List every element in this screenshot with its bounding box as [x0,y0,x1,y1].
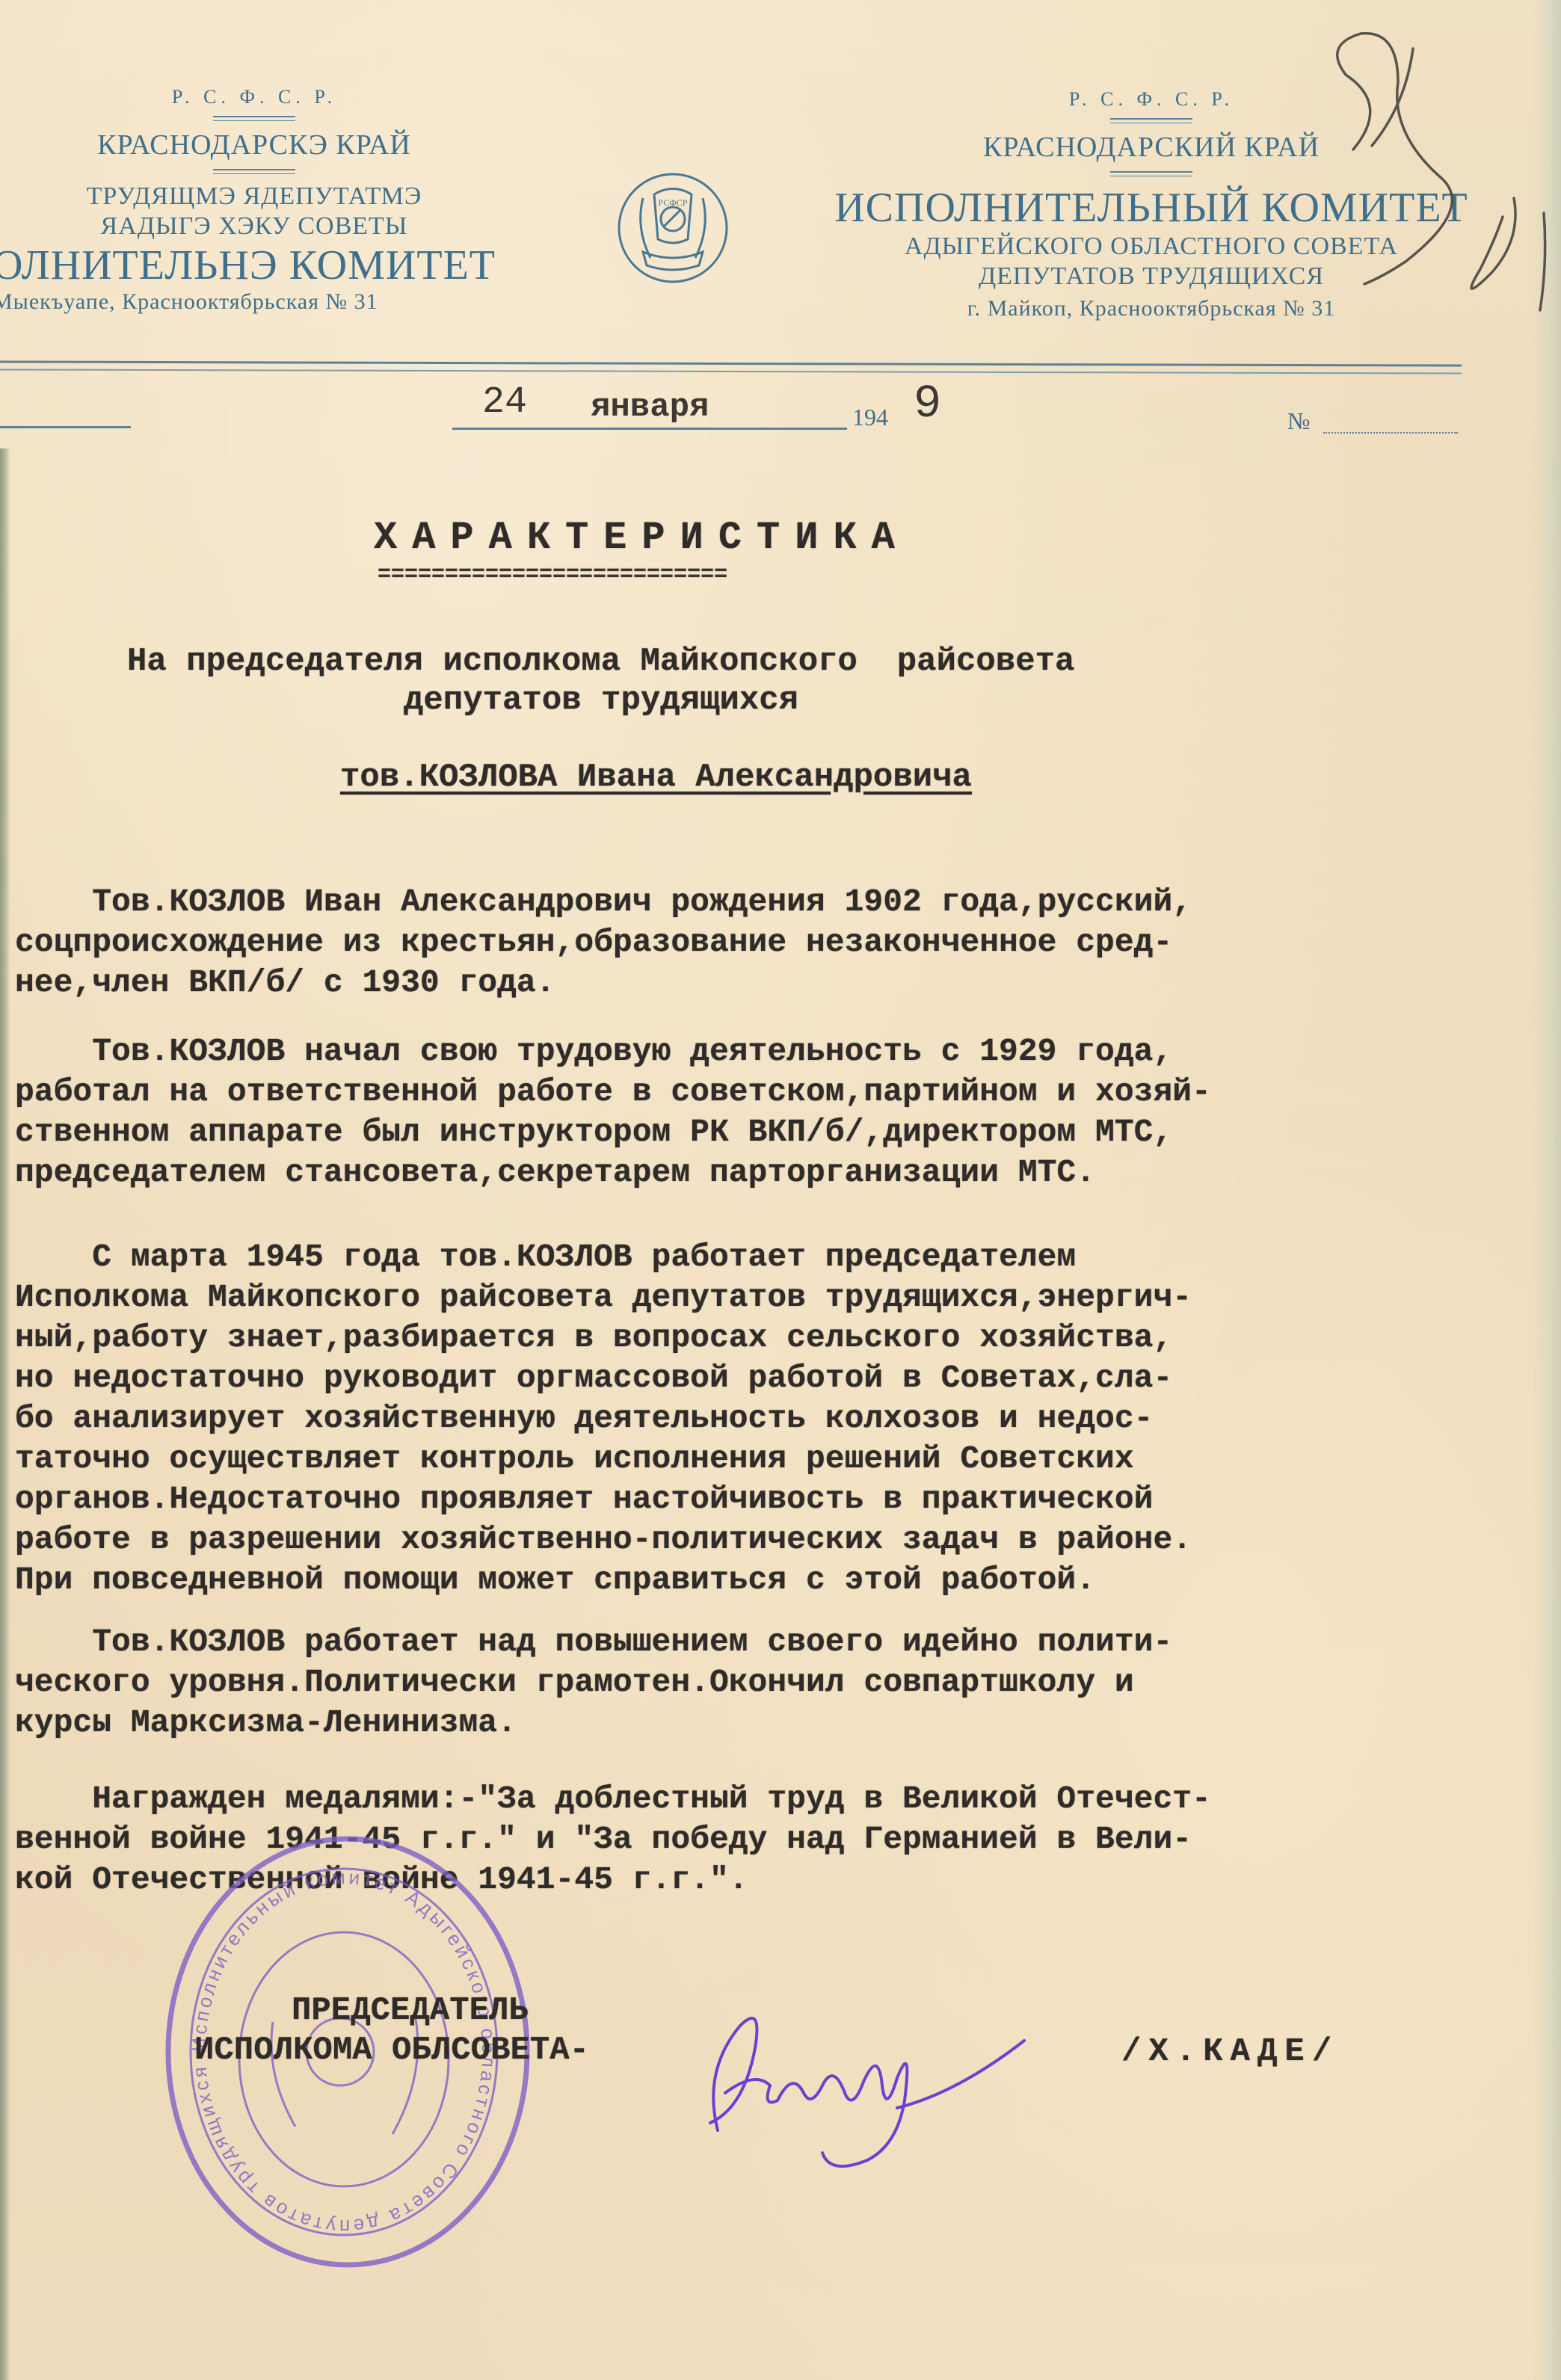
letterhead-left-committee: ОЛНИТЕЛЬНЭ КОМИТЕТ [0,241,523,289]
divider [213,116,295,121]
title-underline-rule: ========================== [378,562,727,588]
svg-text:8: 8 [1331,15,1331,16]
divider [1110,171,1192,176]
letterhead-left-region: КРАСНОДАРСКЭ КРАЙ [0,129,523,161]
date-underline [452,428,847,430]
letterhead-left-line2: ЯАДЫГЭ ХЭКУ СОВЕТЫ [0,212,523,241]
text-line: С марта 1945 года тов.КОЗЛОВ работает пр… [15,1237,1510,1277]
letterhead-left-country: Р. С. Ф. С. Р. [0,86,523,108]
date-underline-left [0,426,131,428]
signature-title-line-2: ИСПОЛКОМА ОБЛСОВЕТА- [194,2032,589,2069]
handwritten-signature-icon [673,1981,1092,2190]
letterhead-left-address: Мыекъуапе, Краснооктябрьская № 31 [0,289,523,315]
paragraph-career: Тов.КОЗЛОВ начал свою трудовую деятельно… [15,1032,1510,1193]
text-line: Тов.КОЗЛОВ Иван Александрович рождения 1… [15,882,1510,922]
text-line: Тов.КОЗЛОВ работает над повышением своег… [15,1622,1510,1662]
letterhead-left: Р. С. Ф. С. Р. КРАСНОДАРСКЭ КРАЙ ТРУДЯЩМ… [0,86,523,315]
text-line: Исполкома Майкопского райсовета депутато… [15,1277,1510,1318]
text-line: нее,член ВКП/б/ с 1930 года. [15,963,1510,1003]
date-day: 24 [482,381,527,424]
handwritten-archive-number-icon: 8 [1331,15,1561,329]
subject-line-1: На председателя исполкома Майкопского ра… [127,643,1074,680]
letterhead-left-line1: ТРУДЯЩМЭ ЯДЕПУТАТМЭ [0,182,523,212]
paragraph-biography: Тов.КОЗЛОВ Иван Александрович рождения 1… [15,882,1510,1003]
text-line: ческого уровня.Политически грамотен.Окон… [15,1662,1510,1703]
text-line: работал на ответственной работе в советс… [15,1072,1510,1112]
paper-edge-left [0,448,10,2380]
text-line: Награжден медалями:-"За доблестный труд … [15,1779,1510,1819]
date-month: января [591,389,709,426]
divider [1110,118,1192,123]
paper-edge-right [1531,0,1561,2380]
svg-text:РСФСР: РСФСР [659,197,688,208]
signature-title-line-1: ПРЕДСЕДАТЕЛЬ [292,1992,529,2029]
text-line: ный,работу знает,разбирается в вопросах … [15,1318,1510,1358]
signatory-name: /Х.КАДЕ/ [1121,2033,1339,2071]
date-year-prefix: 194 [852,404,888,431]
document-number-label: № [1287,407,1311,435]
text-line: органов.Недостаточно проявляет настойчив… [15,1479,1510,1520]
paragraph-education: Тов.КОЗЛОВ работает над повышением своег… [15,1622,1510,1743]
text-line: При повседневной помощи может справиться… [15,1560,1510,1600]
rsfsr-coat-of-arms-icon: РСФСР [613,168,733,288]
divider [213,169,295,174]
document-number-field [1323,432,1458,434]
text-line: таточно осуществляет контроль исполнения… [15,1439,1510,1479]
text-line: курсы Марксизма-Ленинизма. [15,1703,1510,1743]
text-line: председателем стансовета,секретарем парт… [15,1153,1510,1193]
date-year-suffix: 9 [914,377,941,431]
text-line: соцпроисхождение из крестьян,образование… [15,922,1510,963]
text-line: Тов.КОЗЛОВ начал свою трудовую деятельно… [15,1032,1510,1072]
text-line: ственном аппарате был инструктором РК ВК… [15,1112,1510,1153]
subject-line-2: депутатов трудящихся [404,682,798,719]
subject-name: тов.КОЗЛОВА Ивана Александровича [340,759,972,796]
text-line: бо анализирует хозяйственную деятельност… [15,1399,1510,1439]
text-line: но недостаточно руководит оргмассовой ра… [15,1358,1510,1399]
document-title: ХАРАКТЕРИСТИКА [374,516,910,560]
paragraph-assessment: С марта 1945 года тов.КОЗЛОВ работает пр… [15,1237,1510,1600]
text-line: работе в разрешении хозяйственно-политич… [15,1520,1510,1560]
